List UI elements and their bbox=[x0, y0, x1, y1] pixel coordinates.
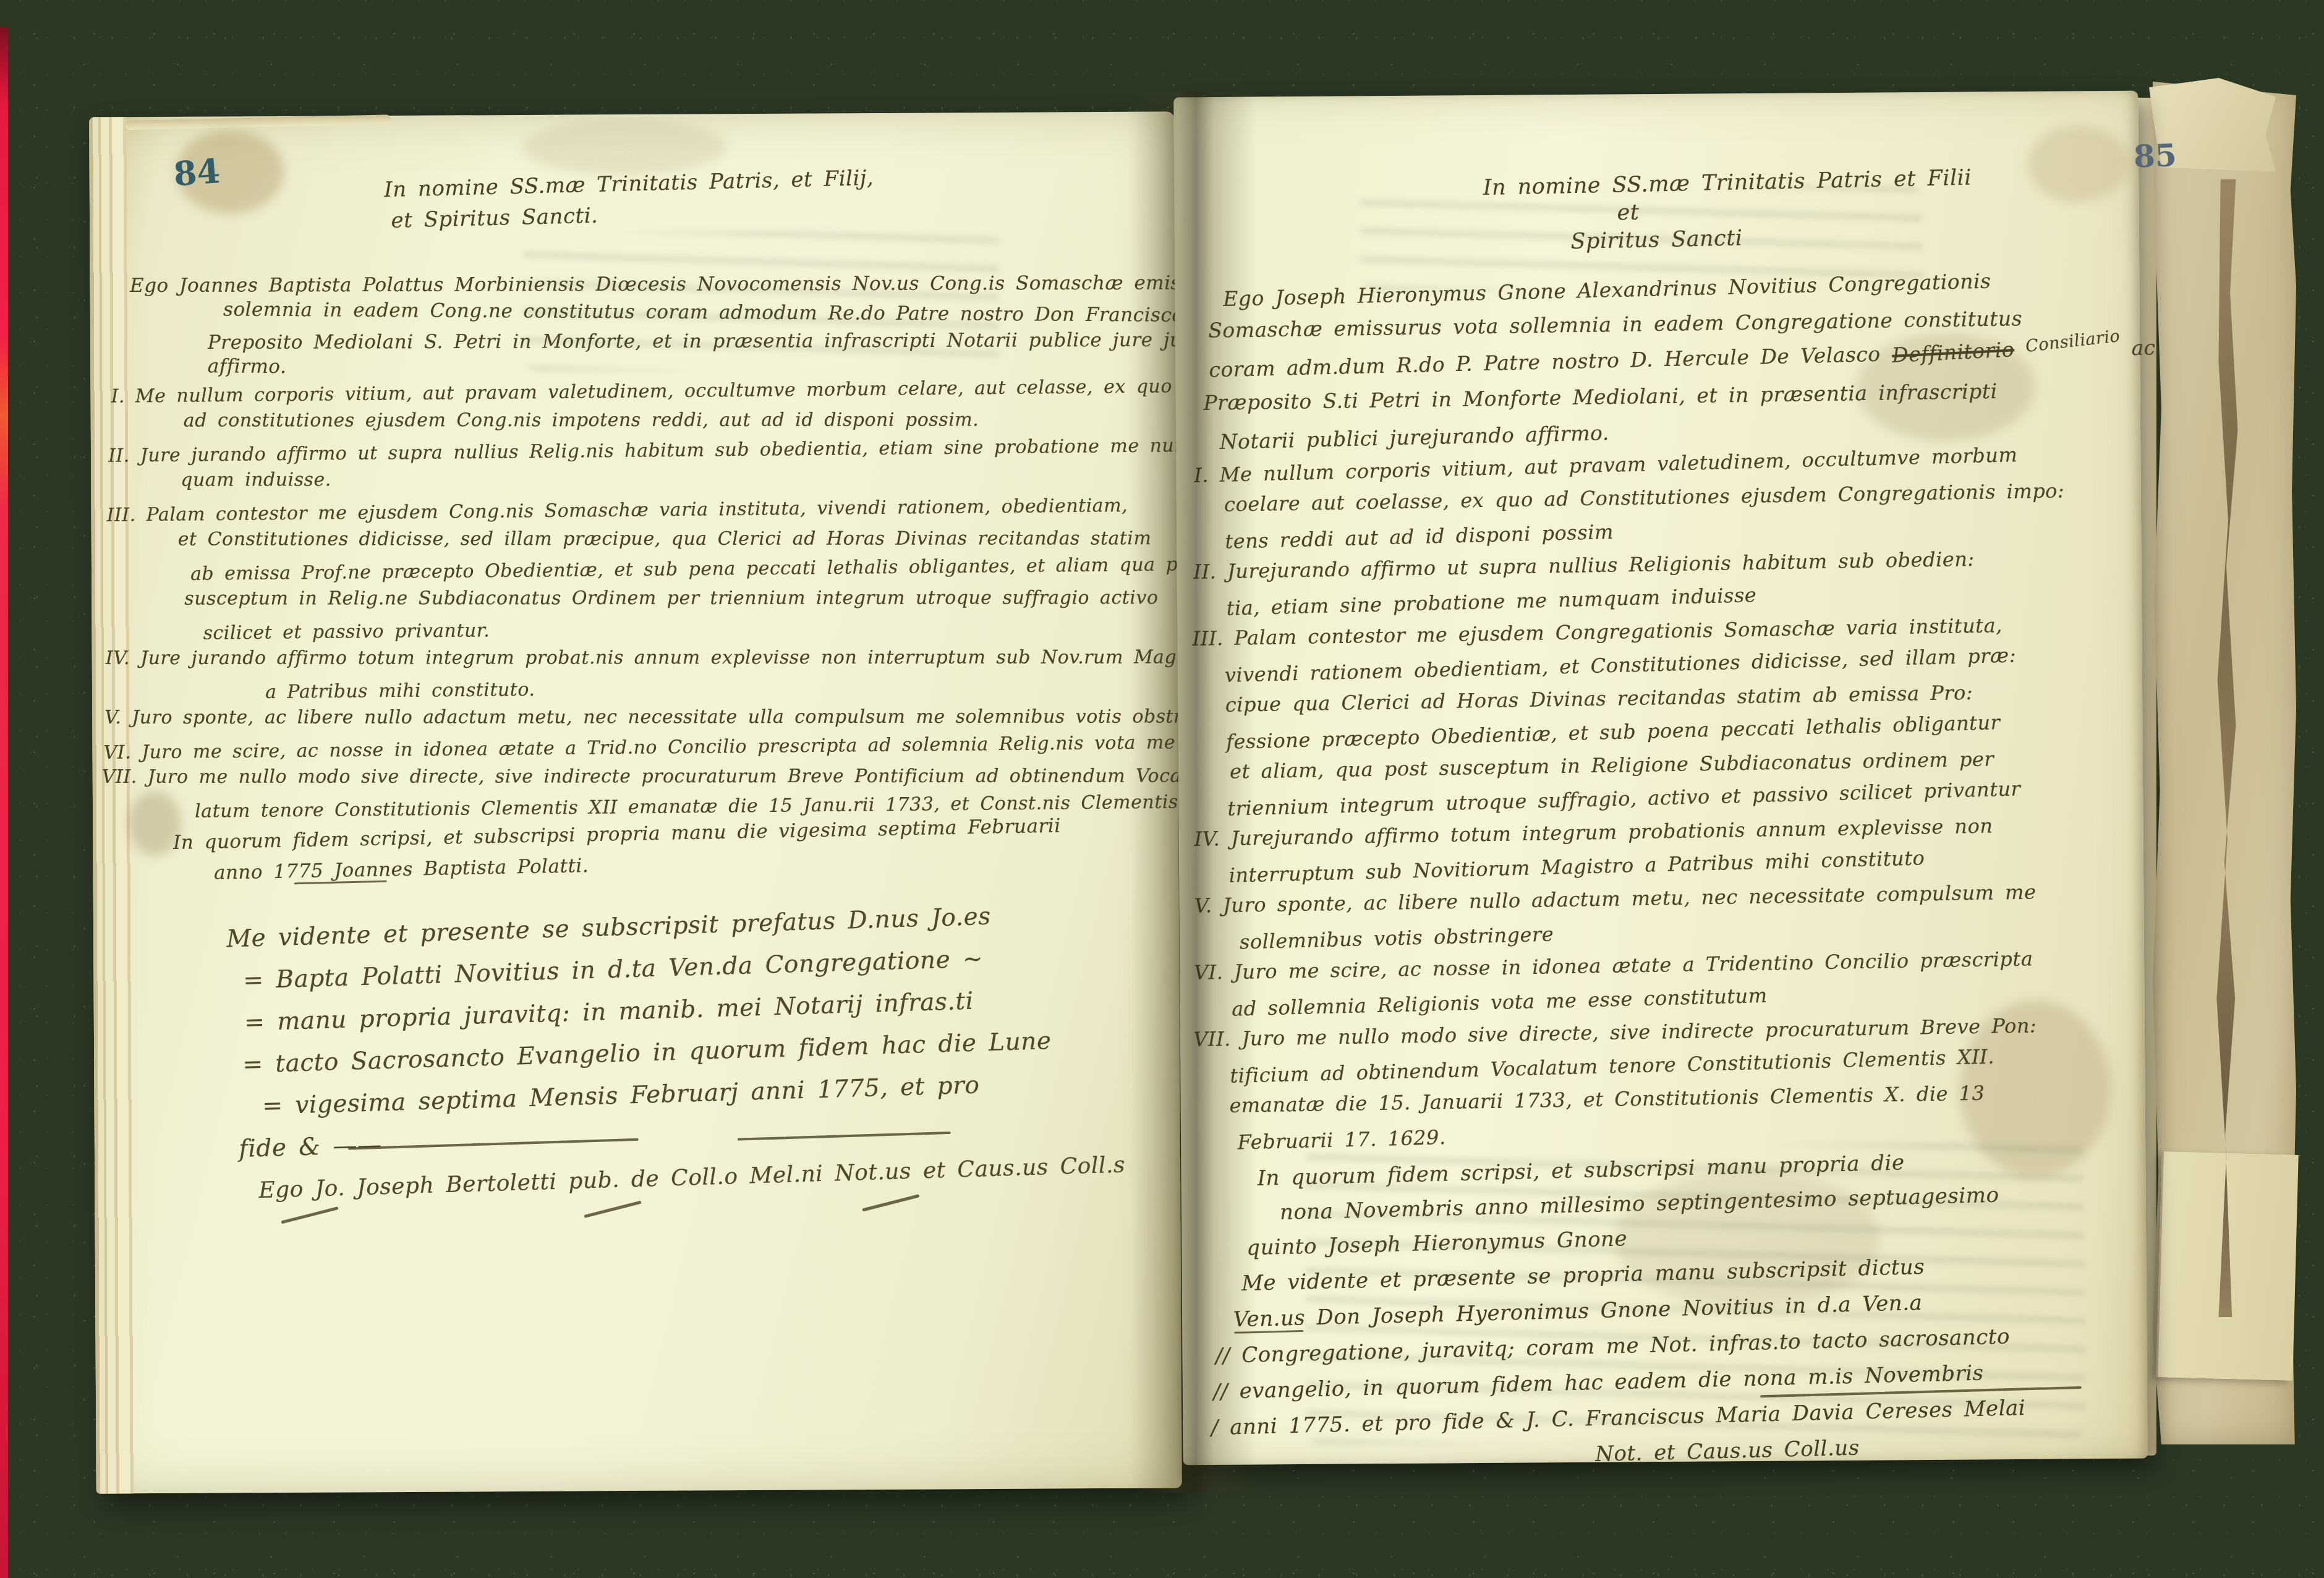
left-oath-preamble: Ego Joannes Baptista Polattus Morbiniens… bbox=[90, 269, 1291, 385]
flourish-swash bbox=[584, 1201, 641, 1218]
right-oath-clauses: I. Me nullum corporis vitium, aut pravam… bbox=[1172, 438, 2079, 1158]
right-page: 85 In nomine SS.mæ Trinitatis Patris et … bbox=[1173, 91, 2147, 1465]
right-oath-preamble: Ego Joseph Hieronymus Gnone Alexandrinus… bbox=[1174, 262, 2158, 458]
manuscript-photo: 84 In nomine SS.mæ Trinitatis Patris, et… bbox=[0, 0, 2324, 1578]
page-number: 85 bbox=[2133, 137, 2177, 175]
left-page: 84 In nomine SS.mæ Trinitatis Patris, et… bbox=[89, 111, 1182, 1493]
page-stack-corner bbox=[125, 114, 391, 130]
paper-stain bbox=[2027, 125, 2130, 203]
right-notary-subscription: Me vidente et præsente se propria manu s… bbox=[1180, 1247, 2027, 1482]
correction-before: coram adm.dum R.do P. Patre nostro D. He… bbox=[1209, 341, 1892, 382]
manuscript-line: Preposito Mediolani S. Petri in Monforte… bbox=[208, 325, 1291, 357]
flourish-swash bbox=[862, 1194, 919, 1211]
manuscript-line: solemnia in eadem Cong.ne constitutus co… bbox=[223, 295, 1291, 330]
struck-word: Deffinitorio bbox=[1891, 331, 2015, 373]
film-edge-strip bbox=[0, 27, 8, 1578]
left-oath-clauses: I. Me nullum corporis vitium, aut pravam… bbox=[90, 373, 1361, 825]
left-notary-subscription: Me vidente et presente se subscripsit pr… bbox=[90, 892, 1125, 1217]
right-invocation-heading: In nomine SS.mæ Trinitatis Patris et Fil… bbox=[1173, 164, 1973, 264]
right-attestation: In quorum fidem scripsi, et subscripsi m… bbox=[1180, 1143, 2000, 1267]
correction-after: ac bbox=[2120, 335, 2156, 360]
